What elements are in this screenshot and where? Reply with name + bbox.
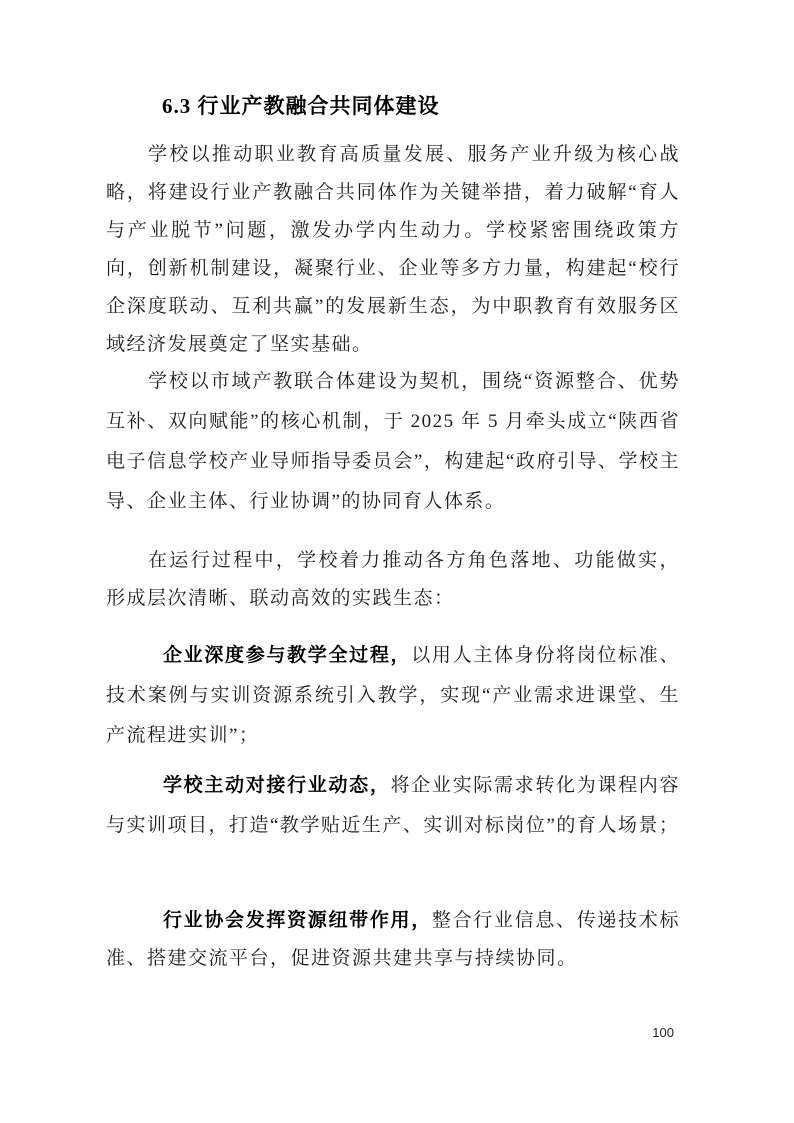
paragraph-lead-bold: 企业深度参与教学全过程，	[163, 645, 411, 666]
paragraph-lead-bold: 学校主动对接行业动态，	[163, 775, 391, 796]
paragraph: 学校主动对接行业动态，将企业实际需求转化为课程内容与实训项目，打造“教学贴近生产…	[106, 766, 680, 846]
paragraph: 在运行过程中，学校着力推动各方角色落地、功能做实，形成层次清晰、联动高效的实践生…	[106, 542, 680, 618]
paragraph: 行业协会发挥资源纽带作用，整合行业信息、传递技术标准、搭建交流平台，促进资源共建…	[106, 902, 680, 978]
paragraph: 学校以推动职业教育高质量发展、服务产业升级为核心战略，将建设行业产教融合共同体作…	[106, 136, 680, 364]
paragraph: 学校以市域产教联合体建设为契机，围绕“资源整合、优势互补、双向赋能”的核心机制，…	[106, 362, 680, 522]
paragraph: 企业深度参与教学全过程，以用人主体身份将岗位标准、技术案例与实训资源系统引入教学…	[106, 636, 680, 756]
page-number: 100	[652, 1025, 674, 1041]
section-heading: 6.3 行业产教融合共同体建设	[106, 93, 680, 120]
paragraph-lead-bold: 行业协会发挥资源纽带作用，	[163, 910, 432, 931]
document-page: 6.3 行业产教融合共同体建设 学校以推动职业教育高质量发展、服务产业升级为核心…	[0, 0, 794, 1123]
